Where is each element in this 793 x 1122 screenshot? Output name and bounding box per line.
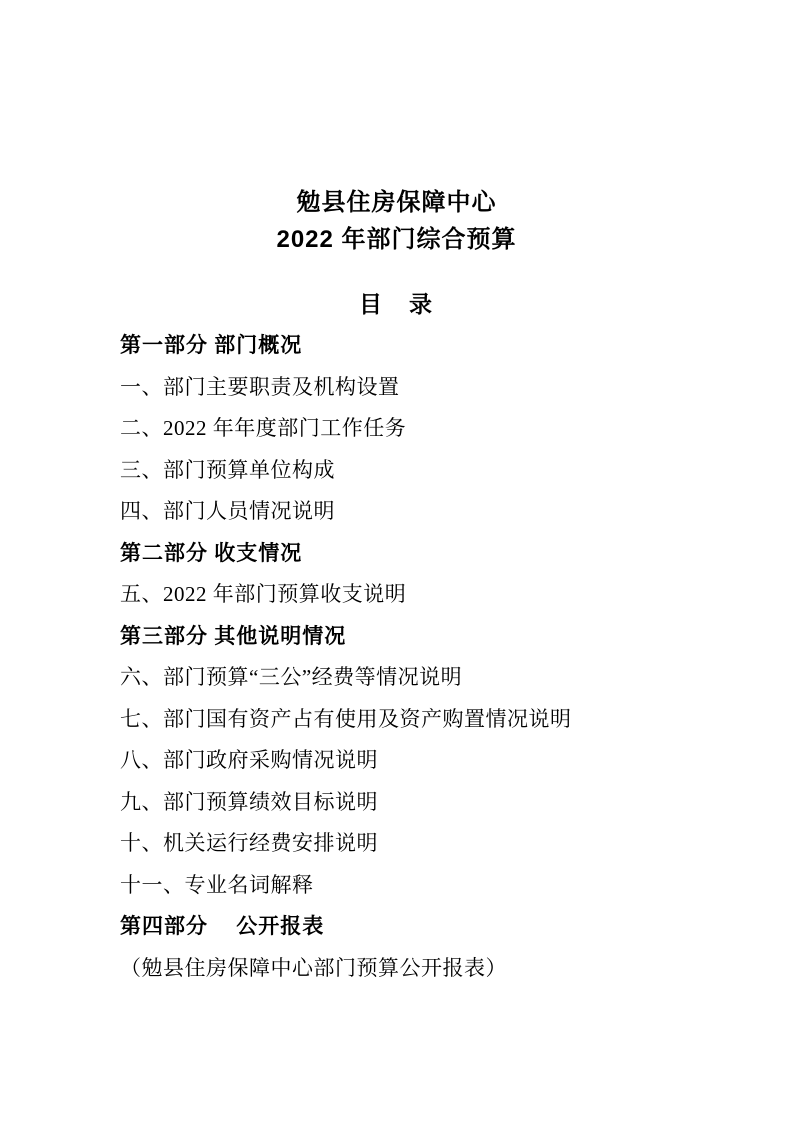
table-of-contents: 第一部分 部门概况 一、部门主要职责及机构设置 二、2022 年年度部门工作任务… bbox=[0, 325, 793, 989]
toc-section-heading-part3: 第三部分 其他说明情况 bbox=[120, 616, 733, 658]
document-title: 勉县住房保障中心 bbox=[0, 184, 793, 221]
toc-entry-1: 一、部门主要职责及机构设置 bbox=[120, 367, 733, 409]
document-title-block: 勉县住房保障中心 2022 年部门综合预算 bbox=[0, 0, 793, 258]
toc-entry-5: 五、2022 年部门预算收支说明 bbox=[120, 574, 733, 616]
toc-section-heading-part4: 第四部分 公开报表 bbox=[120, 906, 733, 948]
toc-entry-9: 九、部门预算绩效目标说明 bbox=[120, 782, 733, 824]
toc-entry-11: 十一、专业名词解释 bbox=[120, 865, 733, 907]
toc-title: 目 录 bbox=[0, 286, 793, 322]
toc-entry-3: 三、部门预算单位构成 bbox=[120, 450, 733, 492]
toc-entry-8: 八、部门政府采购情况说明 bbox=[120, 740, 733, 782]
toc-section-heading-part2: 第二部分 收支情况 bbox=[120, 533, 733, 575]
toc-section-heading-part1: 第一部分 部门概况 bbox=[120, 325, 733, 367]
toc-entry-10: 十、机关运行经费安排说明 bbox=[120, 823, 733, 865]
toc-entry-6: 六、部门预算“三公”经费等情况说明 bbox=[120, 657, 733, 699]
toc-entry-4: 四、部门人员情况说明 bbox=[120, 491, 733, 533]
toc-entry-7: 七、部门国有资产占有使用及资产购置情况说明 bbox=[120, 699, 733, 741]
document-page: 勉县住房保障中心 2022 年部门综合预算 目 录 第一部分 部门概况 一、部门… bbox=[0, 0, 793, 1122]
toc-entry-report-note: （勉县住房保障中心部门预算公开报表） bbox=[120, 948, 733, 990]
document-subtitle: 2022 年部门综合预算 bbox=[0, 221, 793, 258]
toc-entry-2: 二、2022 年年度部门工作任务 bbox=[120, 408, 733, 450]
